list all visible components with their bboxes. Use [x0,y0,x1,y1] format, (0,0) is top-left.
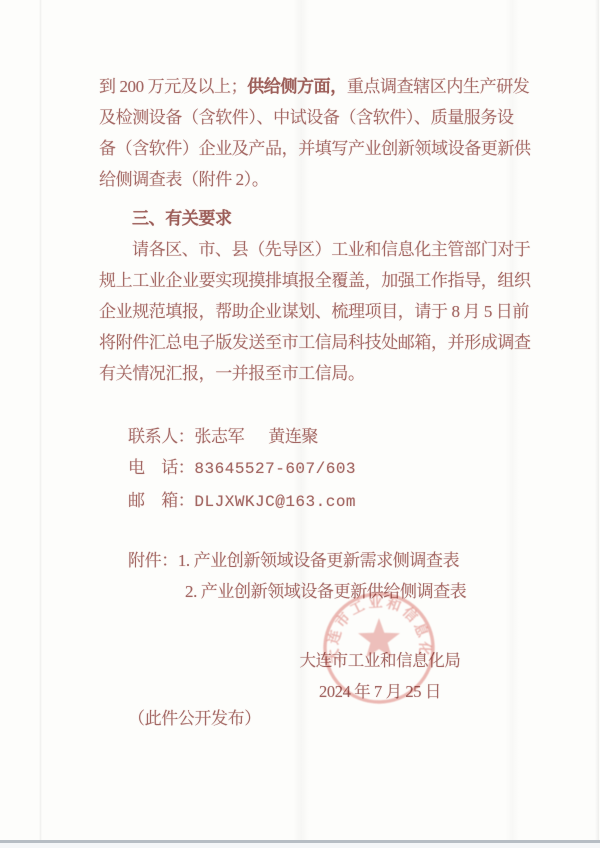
body-line: 规上工业企业要实现摸排填报全覆盖，加强工作指导，组织 [99,265,531,296]
contact-person-name: 张志军 [194,427,244,446]
signature-date: 2024 年 7 月 25 日 [290,676,470,707]
attachment-item: 1. 产业创新领域设备更新需求侧调查表 [178,551,459,570]
body-line: 给侧调查表（附件 2）。 [99,164,531,195]
body-text: 重点调查辖区内生产研发 [347,77,530,96]
contact-person-label: 联系人： [128,427,194,446]
body-line: 备（含软件）企业及产品，并填写产业创新领域设备更新供 [99,133,531,164]
contact-email-address: DLJXWKJC@163.com [194,493,356,511]
body-line: 及检测设备（含软件）、中试设备（含软件）、质量服务设 [99,102,531,133]
signature-issuer: 大连市工业和信息化局 [290,645,470,676]
contact-block: 联系人：张志军黄连聚 电 话：83645527-607/603 邮 箱：DLJX… [128,421,356,518]
scan-page-right-edge [595,0,599,848]
body-line: 请各区、市、县（先导区）工业和信息化主管部门对于 [99,234,531,265]
attachment-item: 2. 产业创新领域设备更新供给侧调查表 [185,582,466,601]
contact-person-line: 联系人：张志军黄连聚 [128,421,356,452]
attachment-line: 附件：1. 产业创新领域设备更新需求侧调查表 [128,545,466,576]
contact-phone-label: 电 话： [128,458,194,477]
attachment-line: 2. 产业创新领域设备更新供给侧调查表 [128,576,466,607]
public-release-note: （此件公开发布） [128,703,261,734]
body-paragraph-2: 请各区、市、县（先导区）工业和信息化主管部门对于 规上工业企业要实现摸排填报全覆… [99,234,531,389]
attachments-label: 附件： [128,551,178,570]
body-line: 有关情况汇报，一并报至市工信局。 [99,358,531,389]
attachments-block: 附件：1. 产业创新领域设备更新需求侧调查表 2. 产业创新领域设备更新供给侧调… [128,545,466,607]
scanned-document-page: 到 200 万元及以上；供给侧方面，重点调查辖区内生产研发 及检测设备（含软件）… [0,0,600,848]
contact-person-name: 黄连聚 [268,427,318,446]
body-line: 企业规范填报，帮助企业谋划、梳理项目，请于 8 月 5 日前 [99,296,531,327]
section-heading: 三、有关要求 [132,203,232,234]
scan-crease-left [39,0,42,848]
scan-bottom-strip [0,843,600,848]
body-text: 到 200 万元及以上； [99,77,247,96]
contact-email-line: 邮 箱：DLJXWKJC@163.com [128,485,356,518]
body-line: 将附件汇总电子版发送至市工信局科技处邮箱，并形成调查 [99,327,531,358]
body-paragraph-1: 到 200 万元及以上；供给侧方面，重点调查辖区内生产研发 及检测设备（含软件）… [99,71,531,195]
contact-phone-number: 83645527-607/603 [194,460,356,478]
body-text-bold: 供给侧方面， [247,77,347,96]
contact-email-label: 邮 箱： [128,491,194,510]
body-line: 到 200 万元及以上；供给侧方面，重点调查辖区内生产研发 [99,71,531,102]
contact-phone-line: 电 话：83645527-607/603 [128,452,356,485]
